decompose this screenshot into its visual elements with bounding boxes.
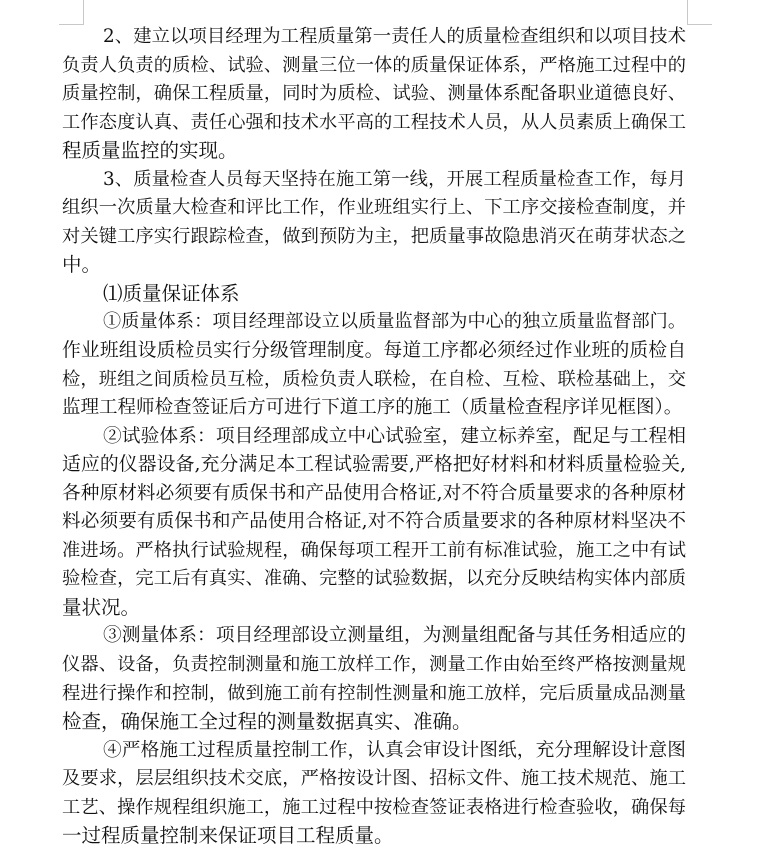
text-line: 质量控制，确保工程质量，同时为质检、试验、测量体系配备职业道德良好、 bbox=[62, 80, 686, 109]
text-line: 准进场。严格执行试验规程，确保每项工程开工前有标准试验，施工之中有试 bbox=[62, 537, 686, 566]
text-line: 检，班组之间质检员互检，质检负责人联检，在自检、互检、联检基础上，交 bbox=[62, 366, 686, 395]
page-corner-mark-top-left bbox=[59, 0, 84, 25]
text-line: 程质量监控的实现。 bbox=[62, 137, 686, 166]
text-line: 检查，确保施工全过程的测量数据真实、准确。 bbox=[62, 708, 686, 737]
section-heading-quality-assurance-system: ⑴质量保证体系 bbox=[62, 280, 686, 309]
text-line: 量状况。 bbox=[62, 594, 686, 623]
text-line: 各种原材料必须要有质保书和产品使用合格证,对不符合质量要求的各种原材 bbox=[62, 480, 686, 509]
text-line: 中。 bbox=[62, 251, 686, 280]
text-line: 监理工程师检查签证后方可进行下道工序的施工（质量检查程序详见框图）。 bbox=[62, 394, 686, 423]
text-line: 对关键工序实行跟踪检查，做到预防为主，把质量事故隐患消灭在萌芽状态之 bbox=[62, 223, 686, 252]
item-2-testing-system: ②试验体系：项目经理部成立中心试验室，建立标养室，配足与工程相 适应的仪器设备,… bbox=[62, 423, 686, 623]
text-line: ①质量体系：项目经理部设立以质量监督部为中心的独立质量监督部门。 bbox=[62, 308, 686, 337]
text-line: 2、建立以项目经理为工程质量第一责任人的质量检查组织和以项目技术 bbox=[62, 23, 686, 52]
text-line: 3、质量检查人员每天坚持在施工第一线，开展工程质量检查工作，每月 bbox=[62, 166, 686, 195]
text-line: 组织一次质量大检查和评比工作，作业班组实行上、下工序交接检查制度，并 bbox=[62, 194, 686, 223]
text-line: 工作态度认真、责任心强和技术水平高的工程技术人员，从人员素质上确保工 bbox=[62, 109, 686, 138]
section-heading: ⑴质量保证体系 bbox=[62, 280, 686, 309]
text-line: 程进行操作和控制，做到施工前有控制性测量和施工放样，完后质量成品测量 bbox=[62, 680, 686, 709]
text-line: ②试验体系：项目经理部成立中心试验室，建立标养室，配足与工程相 bbox=[62, 423, 686, 452]
paragraph-2-quality-organization: 2、建立以项目经理为工程质量第一责任人的质量检查组织和以项目技术 负责人负责的质… bbox=[62, 23, 686, 166]
text-line: 一过程质量控制来保证项目工程质量。 bbox=[62, 822, 686, 848]
item-3-survey-system: ③测量体系：项目经理部设立测量组，为测量组配备与其任务相适应的 仪器、设备，负责… bbox=[62, 622, 686, 736]
paragraph-3-daily-inspection: 3、质量检查人员每天坚持在施工第一线，开展工程质量检查工作，每月 组织一次质量大… bbox=[62, 166, 686, 280]
text-line: 适应的仪器设备,充分满足本工程试验需要,严格把好材料和材料质量检验关, bbox=[62, 451, 686, 480]
text-line: 作业班组设质检员实行分级管理制度。每道工序都必须经过作业班的质检自 bbox=[62, 337, 686, 366]
text-line: 料必须要有质保书和产品使用合格证,对不符合质量要求的各种原材料坚决不 bbox=[62, 508, 686, 537]
text-line: 工艺、操作规程组织施工，施工过程中按检查签证表格进行检查验收，确保每 bbox=[62, 794, 686, 823]
text-line: 负责人负责的质检、试验、测量三位一体的质量保证体系，严格施工过程中的 bbox=[62, 52, 686, 81]
text-line: 仪器、设备，负责控制测量和施工放样工作，测量工作由始至终严格按测量规 bbox=[62, 651, 686, 680]
document-body: 2、建立以项目经理为工程质量第一责任人的质量检查组织和以项目技术 负责人负责的质… bbox=[62, 23, 686, 848]
text-line: ④严格施工过程质量控制工作，认真会审设计图纸，充分理解设计意图 bbox=[62, 737, 686, 766]
text-line: 验检查，完工后有真实、准确、完整的试验数据，以充分反映结构实体内部质 bbox=[62, 565, 686, 594]
text-line: 及要求，层层组织技术交底，严格按设计图、招标文件、施工技术规范、施工 bbox=[62, 765, 686, 794]
item-4-construction-process-control: ④严格施工过程质量控制工作，认真会审设计图纸，充分理解设计意图 及要求，层层组织… bbox=[62, 737, 686, 848]
item-1-quality-system: ①质量体系：项目经理部设立以质量监督部为中心的独立质量监督部门。 作业班组设质检… bbox=[62, 308, 686, 422]
text-line: ③测量体系：项目经理部设立测量组，为测量组配备与其任务相适应的 bbox=[62, 622, 686, 651]
page-corner-mark-top-right bbox=[687, 0, 712, 25]
